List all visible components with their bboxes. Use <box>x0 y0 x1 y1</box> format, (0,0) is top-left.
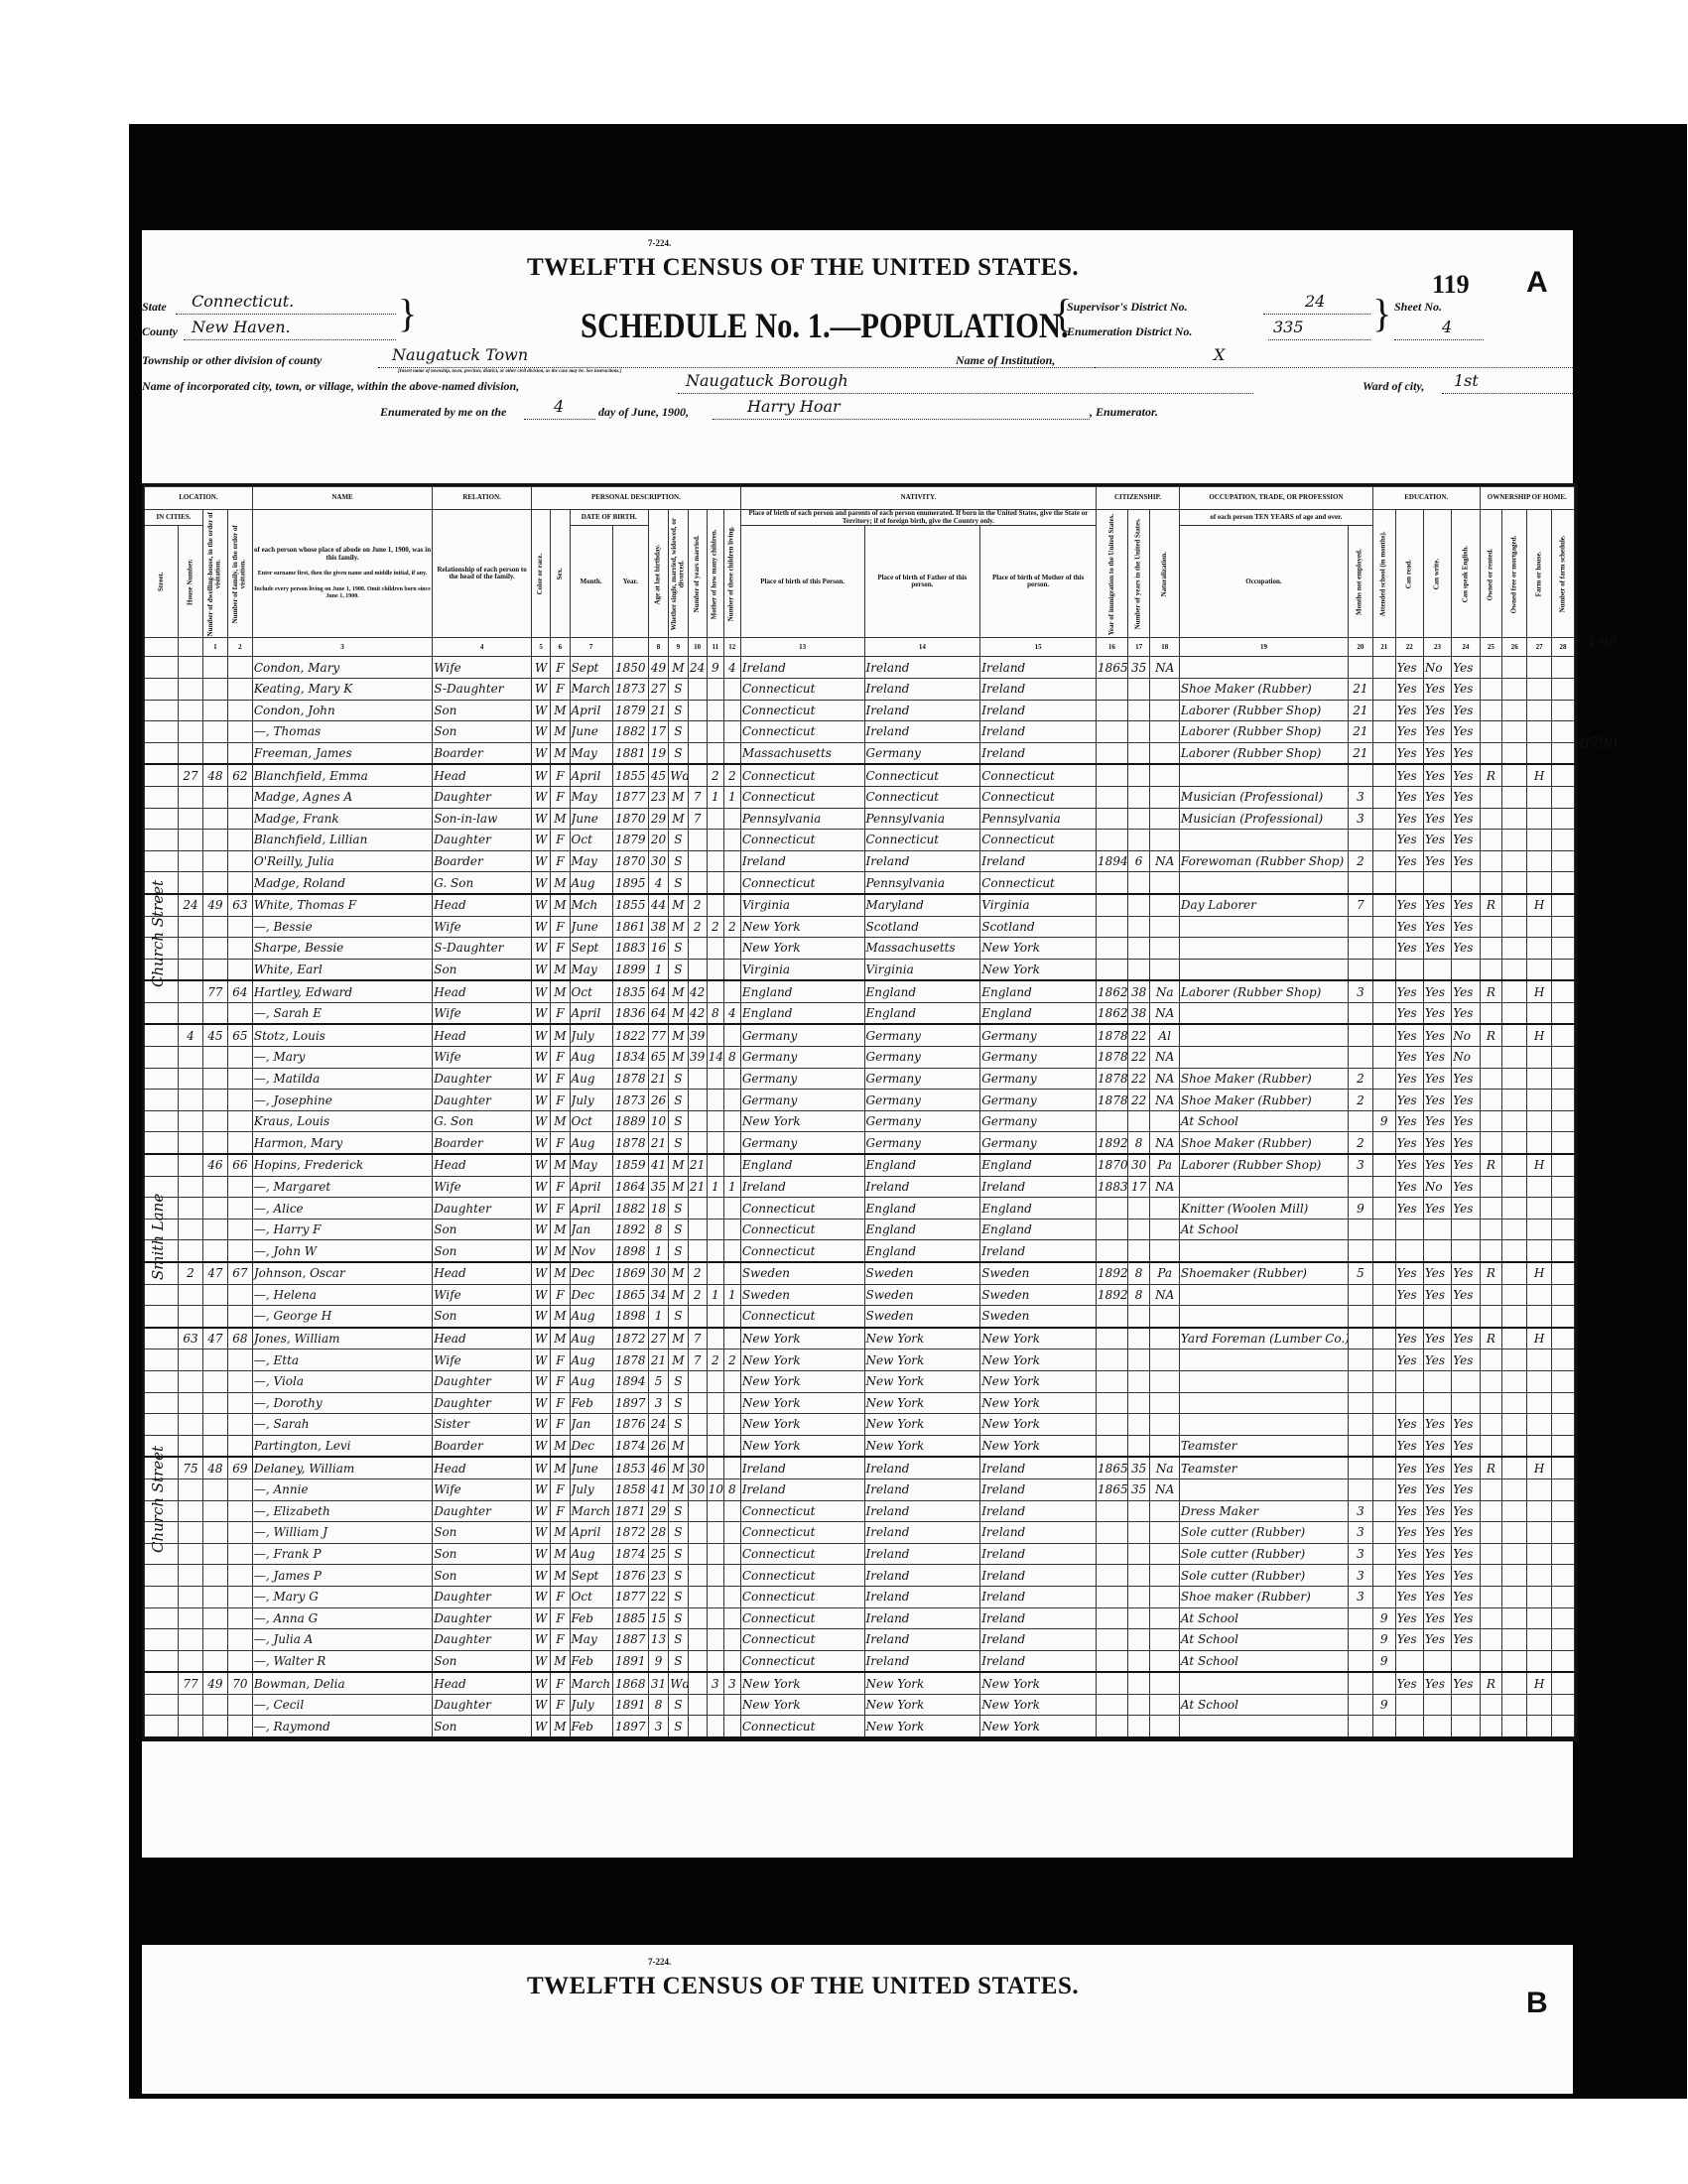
cell-rel: Son <box>433 700 532 721</box>
cell-ym: 30 <box>688 1457 707 1478</box>
cell-eng <box>1452 1306 1480 1328</box>
column-number: 16 <box>1097 638 1128 657</box>
cell-read: Yes <box>1395 742 1423 764</box>
cell-own <box>1480 1176 1502 1198</box>
cell-moc: 1 <box>707 786 723 808</box>
cell-write: Yes <box>1423 1110 1451 1132</box>
cell-color: W <box>531 894 550 916</box>
cell-ym <box>688 721 707 743</box>
footer-page-letter: B <box>1526 1987 1548 2020</box>
cell-write <box>1423 959 1451 980</box>
cell-name: Madge, Agnes A <box>252 786 432 808</box>
cell-month: April <box>570 700 612 721</box>
cell-fm <box>1502 1002 1527 1024</box>
cell-sch <box>1372 938 1395 960</box>
cell-dw <box>202 1090 227 1111</box>
cell-read <box>1395 1370 1423 1392</box>
cell-year: 1835 <box>612 980 648 1002</box>
cell-write: Yes <box>1423 1024 1451 1046</box>
cell-fh <box>1527 700 1552 721</box>
cell-age: 30 <box>648 1262 668 1284</box>
cell-name: Johnson, Oscar <box>252 1262 432 1284</box>
cell-own <box>1480 1090 1502 1111</box>
cell-color: W <box>531 1522 550 1544</box>
cell-farm-schedule <box>1552 1262 1575 1284</box>
header-months-unemployed: Months not employed. <box>1348 526 1372 638</box>
cell-occ: Shoe maker (Rubber) <box>1179 1586 1348 1607</box>
cell-dw: 49 <box>202 1672 227 1694</box>
cell-bp: Virginia <box>740 894 864 916</box>
header-name-desc: of each person whose place of abode on J… <box>252 510 432 638</box>
cell-write: Yes <box>1423 1607 1451 1629</box>
cell-occ: Laborer (Rubber Shop) <box>1179 980 1348 1002</box>
cell-age: 17 <box>648 721 668 743</box>
cell-fh <box>1527 786 1552 808</box>
cell-mar: S <box>669 872 688 894</box>
cell-color: W <box>531 1694 550 1716</box>
cell-rel: Boarder <box>433 742 532 764</box>
cell-occ <box>1179 1306 1348 1328</box>
cell-occ <box>1179 938 1348 960</box>
cell-street <box>145 1284 179 1306</box>
cell-farm-schedule <box>1552 1002 1575 1024</box>
cell-cl <box>723 1629 740 1651</box>
cell-cl <box>723 1650 740 1672</box>
cell-yus: 17 <box>1127 1176 1150 1198</box>
cell-write: Yes <box>1423 678 1451 700</box>
cell-cl <box>723 1090 740 1111</box>
cell-rel: Boarder <box>433 850 532 872</box>
cell-mar: M <box>669 1457 688 1478</box>
cell-ym <box>688 1132 707 1154</box>
cell-farm-schedule <box>1552 1090 1575 1111</box>
cell-house <box>179 1047 203 1069</box>
cell-color: W <box>531 1154 550 1176</box>
cell-rel: Daughter <box>433 1607 532 1629</box>
cell-mu <box>1348 1219 1372 1240</box>
cell-cl: 8 <box>723 1047 740 1069</box>
cell-cl <box>723 1154 740 1176</box>
cell-name: Bowman, Delia <box>252 1672 432 1694</box>
cell-eng: Yes <box>1452 1629 1480 1651</box>
cell-mar: S <box>669 678 688 700</box>
cell-mar: M <box>669 1024 688 1046</box>
cell-farm-schedule <box>1552 657 1575 679</box>
cell-fm <box>1502 1090 1527 1111</box>
cell-fm <box>1502 850 1527 872</box>
cell-street <box>145 721 179 743</box>
cell-month: July <box>570 1694 612 1716</box>
cell-dw <box>202 657 227 679</box>
cell-street <box>145 1047 179 1069</box>
cell-mu <box>1348 1328 1372 1349</box>
cell-rel: Daughter <box>433 1694 532 1716</box>
cell-sch <box>1372 1392 1395 1414</box>
cell-farm-schedule <box>1552 1694 1575 1716</box>
cell-house <box>179 1716 203 1737</box>
cell-ym <box>688 872 707 894</box>
cell-moc <box>707 808 723 830</box>
cell-ym <box>688 1716 707 1737</box>
cell-read <box>1395 1650 1423 1672</box>
cell-ym <box>688 1090 707 1111</box>
cell-fm <box>1502 1435 1527 1457</box>
cell-month: June <box>570 721 612 743</box>
cell-fm <box>1502 894 1527 916</box>
cell-yus <box>1127 808 1150 830</box>
cell-imm: 1865 <box>1097 1478 1128 1500</box>
cell-bp: Connecticut <box>740 1650 864 1672</box>
cell-cl <box>723 980 740 1002</box>
cell-color: W <box>531 1002 550 1024</box>
cell-nat: NA <box>1150 850 1179 872</box>
cell-read: Yes <box>1395 1543 1423 1565</box>
cell-occ: Laborer (Rubber Shop) <box>1179 721 1348 743</box>
header-nativity-desc: Place of birth of each person and parent… <box>740 510 1096 526</box>
cell-dw: 49 <box>202 894 227 916</box>
cell-rel: Son <box>433 1650 532 1672</box>
cell-cl <box>723 742 740 764</box>
cell-name: —, Josephine <box>252 1090 432 1111</box>
cell-sch <box>1372 1435 1395 1457</box>
cell-bp: New York <box>740 916 864 938</box>
cell-fm <box>1502 1154 1527 1176</box>
cell-imm <box>1097 678 1128 700</box>
cell-bf: New York <box>864 1694 980 1716</box>
cell-rel: Boarder <box>433 1132 532 1154</box>
cell-fam <box>227 786 252 808</box>
cell-dw: 47 <box>202 1328 227 1349</box>
cell-read: Yes <box>1395 764 1423 786</box>
cell-fh: H <box>1527 1328 1552 1349</box>
cell-own <box>1480 1284 1502 1306</box>
cell-eng: Yes <box>1452 742 1480 764</box>
cell-bf: Germany <box>864 1110 980 1132</box>
cell-rel: Head <box>433 1672 532 1694</box>
column-number: 19 <box>1179 638 1348 657</box>
cell-month: June <box>570 808 612 830</box>
cell-write: Yes <box>1423 1047 1451 1069</box>
header-month: Month. <box>570 526 612 638</box>
cell-house <box>179 1176 203 1198</box>
cell-fh: H <box>1527 1672 1552 1694</box>
cell-bf: England <box>864 1198 980 1220</box>
cell-cl <box>723 1586 740 1607</box>
cell-sex: M <box>551 700 570 721</box>
cell-rel: Head <box>433 1024 532 1046</box>
cell-color: W <box>531 1586 550 1607</box>
cell-fh <box>1527 1522 1552 1544</box>
cell-moc <box>707 850 723 872</box>
cell-bp: Germany <box>740 1090 864 1111</box>
cell-sex: F <box>551 830 570 851</box>
cell-month: July <box>570 1478 612 1500</box>
cell-sch <box>1372 1176 1395 1198</box>
cell-mar: S <box>669 830 688 851</box>
cell-bm: New York <box>980 1349 1097 1371</box>
cell-house <box>179 1110 203 1132</box>
cell-bf: Connecticut <box>864 786 980 808</box>
cell-sch <box>1372 1047 1395 1069</box>
cell-color: W <box>531 1716 550 1737</box>
cell-sch <box>1372 1565 1395 1587</box>
table-row: —, MargaretWifeWFApril186435M2111Ireland… <box>145 1176 1575 1198</box>
cell-cl: 1 <box>723 786 740 808</box>
cell-own <box>1480 1349 1502 1371</box>
cell-age: 3 <box>648 1392 668 1414</box>
header-street: Street. <box>145 526 179 638</box>
cell-moc <box>707 1500 723 1522</box>
cell-yus <box>1127 1629 1150 1651</box>
cell-fh <box>1527 1629 1552 1651</box>
cell-dw <box>202 1047 227 1069</box>
cell-year: 1853 <box>612 1457 648 1478</box>
cell-sch <box>1372 980 1395 1002</box>
cell-cl <box>723 1370 740 1392</box>
column-number: 5 <box>531 638 550 657</box>
cell-own <box>1480 1716 1502 1737</box>
cell-own <box>1480 808 1502 830</box>
cell-bf: New York <box>864 1672 980 1694</box>
cell-house <box>179 1090 203 1111</box>
cell-ym <box>688 938 707 960</box>
cell-fam <box>227 1650 252 1672</box>
cell-bm: Ireland <box>980 1478 1097 1500</box>
cell-cl: 1 <box>723 1284 740 1306</box>
cell-yus <box>1127 1392 1150 1414</box>
cell-bp: Ireland <box>740 657 864 679</box>
cell-bm: Germany <box>980 1090 1097 1111</box>
cell-mar: S <box>669 1565 688 1587</box>
cell-bm: Ireland <box>980 721 1097 743</box>
cell-cl <box>723 1132 740 1154</box>
cell-yus <box>1127 764 1150 786</box>
cell-occ: Teamster <box>1179 1457 1348 1478</box>
cell-ym <box>688 678 707 700</box>
cell-ym: 7 <box>688 1349 707 1371</box>
cell-read: Yes <box>1395 1607 1423 1629</box>
cell-age: 30 <box>648 850 668 872</box>
cell-own <box>1480 678 1502 700</box>
cell-mar: M <box>669 1262 688 1284</box>
cell-bm: New York <box>980 1716 1097 1737</box>
cell-occ: At School <box>1179 1629 1348 1651</box>
cell-fam <box>227 850 252 872</box>
cell-sex: F <box>551 1672 570 1694</box>
cell-month: March <box>570 1500 612 1522</box>
cell-yus <box>1127 830 1150 851</box>
column-number: 7 <box>570 638 612 657</box>
cell-month: Aug <box>570 1068 612 1090</box>
cell-occ <box>1179 1024 1348 1046</box>
cell-mar: M <box>669 1002 688 1024</box>
cell-name: —, Alice <box>252 1198 432 1220</box>
cell-dw <box>202 1716 227 1737</box>
cell-ym <box>688 1435 707 1457</box>
cell-bf: Sweden <box>864 1306 980 1328</box>
cell-age: 4 <box>648 872 668 894</box>
cell-age: 29 <box>648 808 668 830</box>
cell-fam <box>227 1198 252 1220</box>
enumerator-label: , Enumerator. <box>1090 405 1158 420</box>
cell-street <box>145 1328 179 1349</box>
column-number: 27 <box>1527 638 1552 657</box>
cell-eng: Yes <box>1452 1500 1480 1522</box>
cell-occ: Sole cutter (Rubber) <box>1179 1543 1348 1565</box>
cell-own <box>1480 1306 1502 1328</box>
cell-name: Madge, Frank <box>252 808 432 830</box>
cell-age: 21 <box>648 700 668 721</box>
cell-fh <box>1527 1090 1552 1111</box>
cell-sex: F <box>551 1349 570 1371</box>
cell-fm <box>1502 980 1527 1002</box>
cell-sch <box>1372 1068 1395 1090</box>
cell-fam <box>227 721 252 743</box>
cell-bp: Ireland <box>740 1478 864 1500</box>
cell-fh <box>1527 1068 1552 1090</box>
cell-nat: NA <box>1150 1090 1179 1111</box>
cell-name: Delaney, William <box>252 1457 432 1478</box>
cell-dw <box>202 700 227 721</box>
cell-moc <box>707 1629 723 1651</box>
table-row: 4666Hopins, FrederickHeadWMMay185941M21E… <box>145 1154 1575 1176</box>
cell-read: Yes <box>1395 1672 1423 1694</box>
cell-yus <box>1127 1110 1150 1132</box>
cell-street <box>145 1586 179 1607</box>
cell-age: 31 <box>648 1672 668 1694</box>
column-number <box>145 638 179 657</box>
cell-farm-schedule <box>1552 1024 1575 1046</box>
cell-dw <box>202 742 227 764</box>
cell-ym <box>688 850 707 872</box>
cell-fh: H <box>1527 764 1552 786</box>
cell-color: W <box>531 1500 550 1522</box>
cell-dw: 48 <box>202 1457 227 1478</box>
cell-own <box>1480 721 1502 743</box>
cell-eng: Yes <box>1452 1262 1480 1284</box>
cell-read: Yes <box>1395 938 1423 960</box>
city-label: Name of incorporated city, town, or vill… <box>142 379 519 394</box>
cell-bf: Virginia <box>864 959 980 980</box>
cell-imm <box>1097 1672 1128 1694</box>
cell-name: —, Harry F <box>252 1219 432 1240</box>
cell-bm: England <box>980 1002 1097 1024</box>
cell-dw <box>202 678 227 700</box>
cell-yus <box>1127 1219 1150 1240</box>
cell-age: 8 <box>648 1219 668 1240</box>
cell-mar: M <box>669 1176 688 1198</box>
cell-fam <box>227 1586 252 1607</box>
table-row: —, BessieWifeWFJune186138M222New YorkSco… <box>145 916 1575 938</box>
table-row: 274862Blanchfield, EmmaHeadWFApril185545… <box>145 764 1575 786</box>
cell-house <box>179 1500 203 1522</box>
cell-sch <box>1372 1219 1395 1240</box>
margin-note-1: 1-68 <box>1588 635 1617 650</box>
cell-nat: NA <box>1150 657 1179 679</box>
cell-year: 1850 <box>612 657 648 679</box>
cell-mar: M <box>669 808 688 830</box>
cell-write <box>1423 1370 1451 1392</box>
cell-read: Yes <box>1395 1198 1423 1220</box>
cell-year: 1879 <box>612 830 648 851</box>
table-row: —, Harry FSonWMJan18928SConnecticutEngla… <box>145 1219 1575 1240</box>
cell-mar: M <box>669 1284 688 1306</box>
cell-occ: Laborer (Rubber Shop) <box>1179 742 1348 764</box>
cell-age: 26 <box>648 1435 668 1457</box>
cell-fh <box>1527 1349 1552 1371</box>
cell-farm-schedule <box>1552 830 1575 851</box>
cell-imm <box>1097 1500 1128 1522</box>
table-row: —, EttaWifeWFAug187821M722New YorkNew Yo… <box>145 1349 1575 1371</box>
enumerated-suffix: day of June, 1900, <box>598 405 689 420</box>
cell-bp: Ireland <box>740 850 864 872</box>
column-number: 22 <box>1395 638 1423 657</box>
cell-cl <box>723 1240 740 1262</box>
cell-month: April <box>570 764 612 786</box>
cell-yus <box>1127 1586 1150 1607</box>
cell-fam: 64 <box>227 980 252 1002</box>
cell-moc <box>707 1435 723 1457</box>
table-row: 634768Jones, WilliamHeadWMAug187227M7New… <box>145 1328 1575 1349</box>
cell-yus: 8 <box>1127 1284 1150 1306</box>
cell-own <box>1480 1435 1502 1457</box>
cell-write: Yes <box>1423 850 1451 872</box>
cell-house <box>179 1349 203 1371</box>
cell-mu: 3 <box>1348 1565 1372 1587</box>
form-number: 7-224. <box>648 238 671 248</box>
column-number: 25 <box>1480 638 1502 657</box>
cell-own <box>1480 1478 1502 1500</box>
cell-bf: New York <box>864 1392 980 1414</box>
cell-ym: 24 <box>688 657 707 679</box>
cell-bf: Massachusetts <box>864 938 980 960</box>
cell-bm: Ireland <box>980 1522 1097 1544</box>
cell-dw <box>202 808 227 830</box>
cell-fm <box>1502 1370 1527 1392</box>
cell-write: Yes <box>1423 786 1451 808</box>
cell-occ: At School <box>1179 1694 1348 1716</box>
cell-house <box>179 1068 203 1090</box>
cell-color: W <box>531 1068 550 1090</box>
cell-read: Yes <box>1395 1262 1423 1284</box>
cell-rel: Son <box>433 959 532 980</box>
cell-yus <box>1127 916 1150 938</box>
cell-bp: Connecticut <box>740 830 864 851</box>
cell-write <box>1423 1392 1451 1414</box>
cell-fm <box>1502 1392 1527 1414</box>
cell-fh <box>1527 1392 1552 1414</box>
cell-color: W <box>531 742 550 764</box>
cell-mu <box>1348 1414 1372 1436</box>
cell-cl <box>723 959 740 980</box>
column-number: 10 <box>688 638 707 657</box>
cell-mar: S <box>669 1607 688 1629</box>
cell-moc <box>707 959 723 980</box>
cell-eng: Yes <box>1452 700 1480 721</box>
cell-occ: At School <box>1179 1650 1348 1672</box>
cell-month: Oct <box>570 1110 612 1132</box>
cell-name: —, Matilda <box>252 1068 432 1090</box>
cell-sch <box>1372 1198 1395 1220</box>
cell-eng: Yes <box>1452 1672 1480 1694</box>
cell-month: Dec <box>570 1435 612 1457</box>
cell-bf: Ireland <box>864 1522 980 1544</box>
cell-name: Blanchfield, Lillian <box>252 830 432 851</box>
table-row: Blanchfield, LillianDaughterWFOct187920S… <box>145 830 1575 851</box>
cell-sex: F <box>551 938 570 960</box>
cell-cl <box>723 1414 740 1436</box>
cell-moc <box>707 1306 723 1328</box>
